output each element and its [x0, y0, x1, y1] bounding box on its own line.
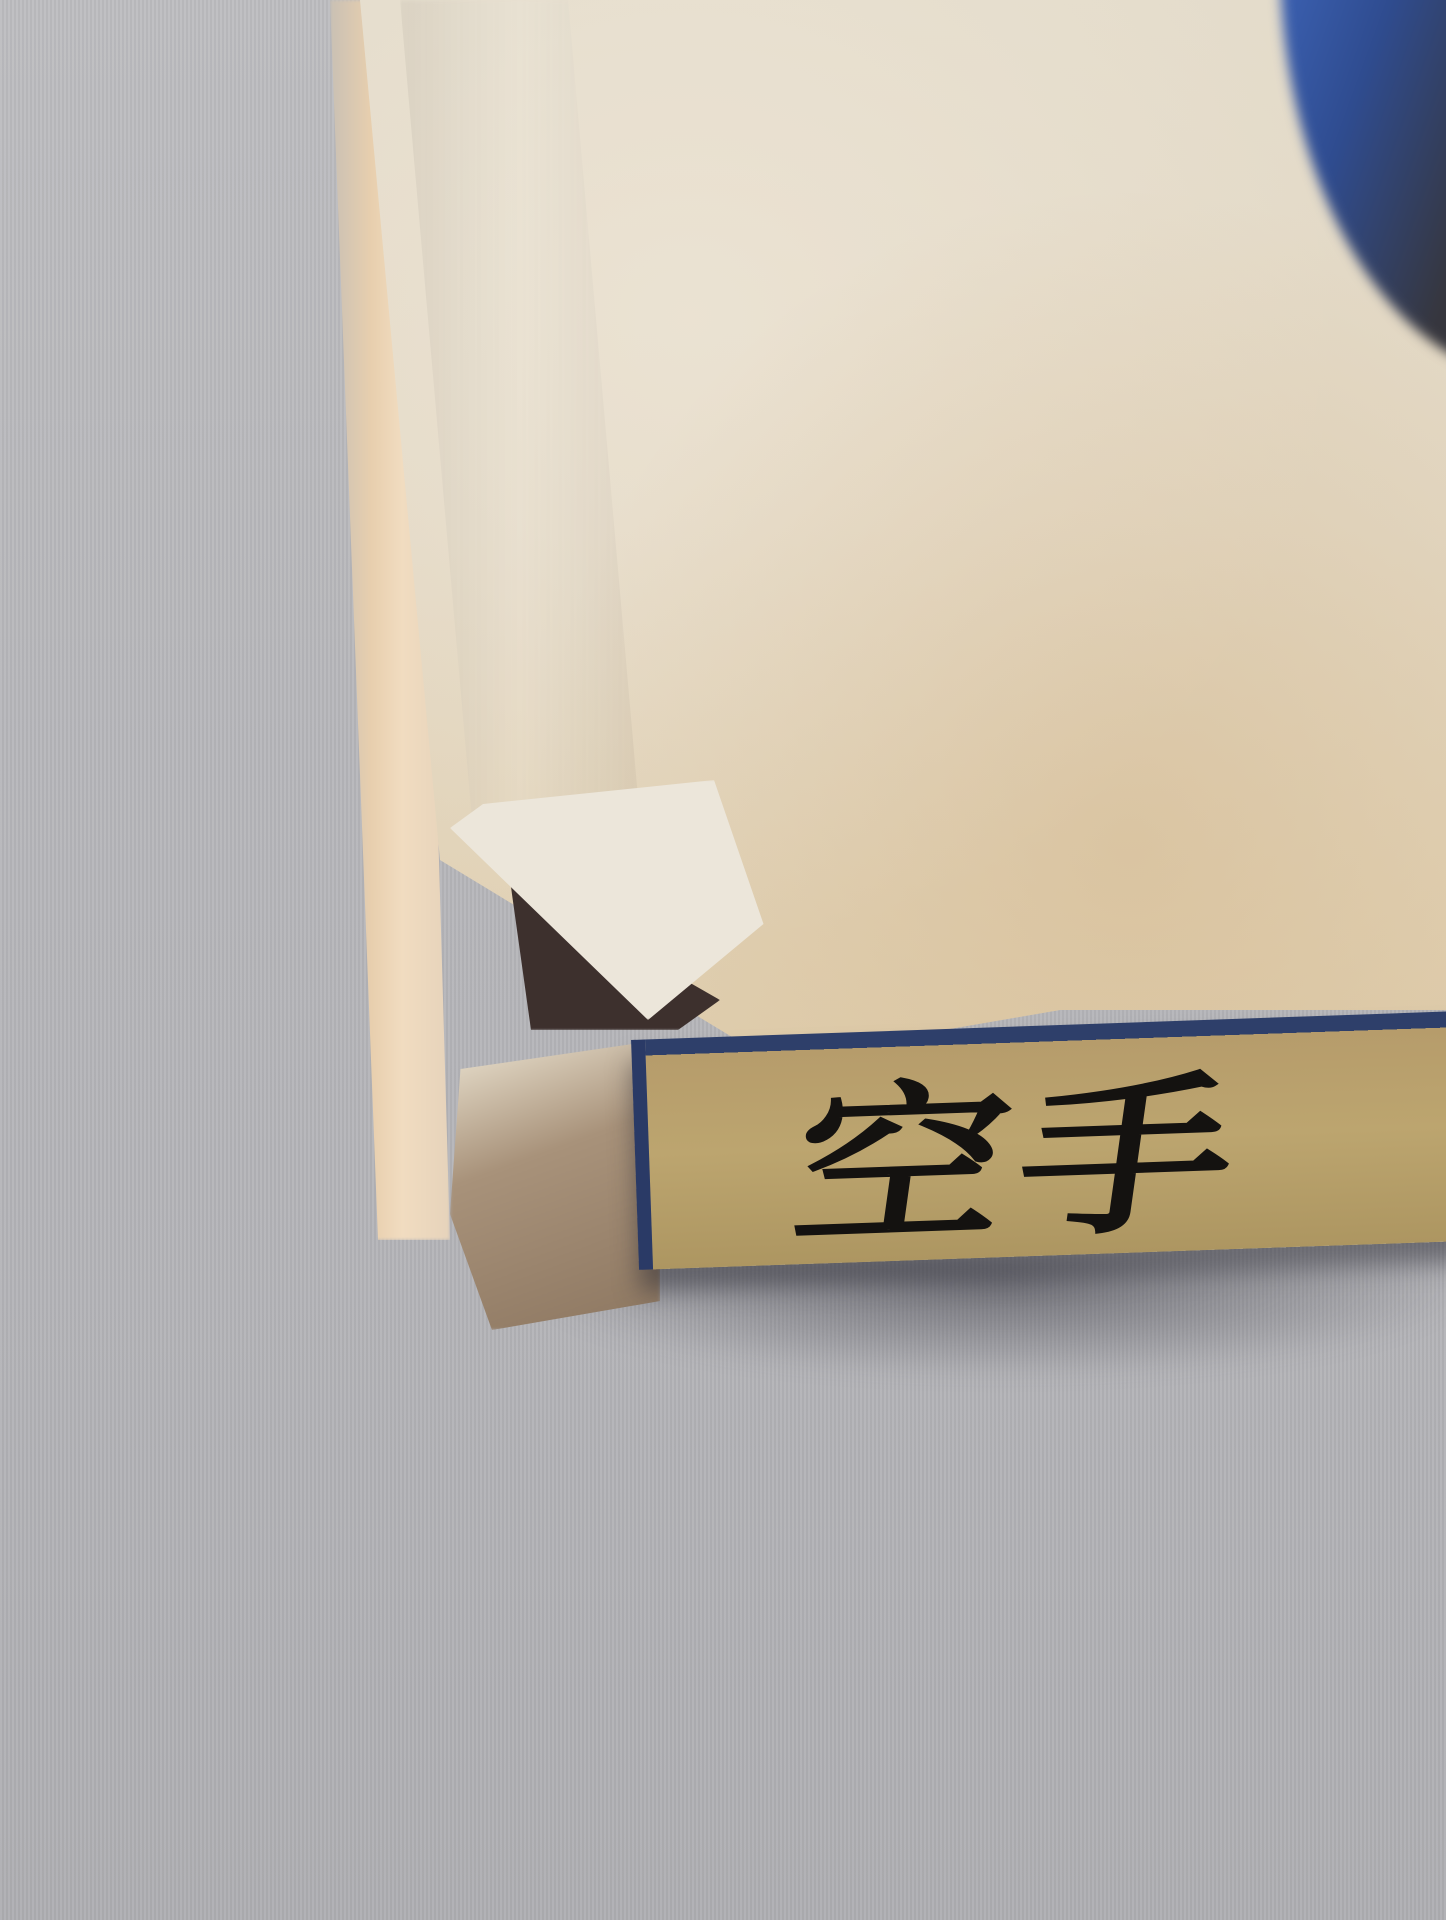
book-spine: 空手 — [630, 981, 1446, 1320]
photo-scene: 空手 — [0, 0, 1446, 1920]
worn-spine-corner — [450, 1040, 660, 1330]
spine-title-text: 空手 — [784, 1068, 1258, 1255]
